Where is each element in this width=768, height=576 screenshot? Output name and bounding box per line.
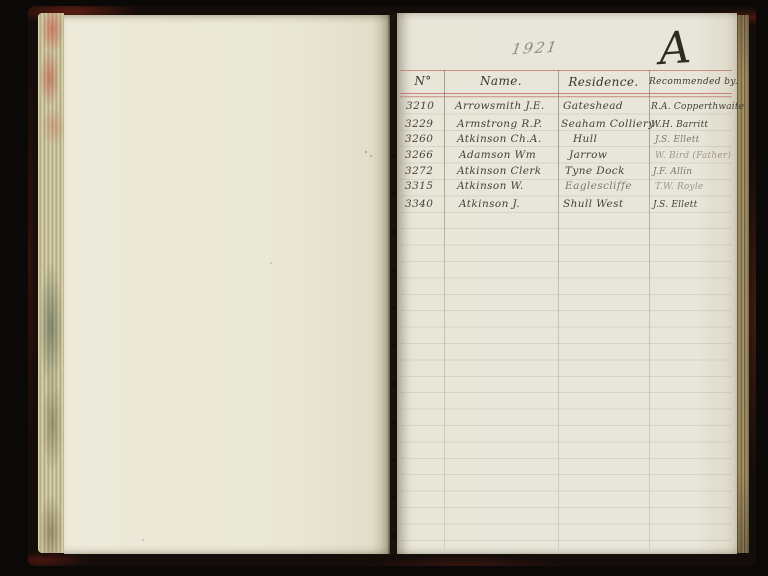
gutter-stitches <box>392 120 395 540</box>
column-divider-name-residence <box>558 70 559 550</box>
column-header-no: N° <box>405 74 441 88</box>
cell-no: 3272 <box>405 165 433 177</box>
page-fore-edge-right <box>736 15 749 553</box>
cell-name: Atkinson Ch.A. <box>457 133 542 145</box>
cell-recommended: R.A. Copperthwaite <box>651 102 744 112</box>
cell-recommended: J.F. Allin <box>653 167 692 177</box>
header-bottom-red-line-2 <box>400 96 732 97</box>
cell-residence: Gateshead <box>563 100 623 112</box>
cell-name: Atkinson J. <box>459 198 520 210</box>
year-heading: 1921 <box>503 37 566 58</box>
cell-residence: Shull West <box>563 198 624 210</box>
column-header-recommended-by: Recommended by. <box>649 77 735 87</box>
ink-speck <box>370 155 372 157</box>
cell-no: 3210 <box>406 100 434 112</box>
page-fore-edge-left <box>38 13 64 553</box>
cell-no: 3315 <box>405 180 433 192</box>
left-page-blank <box>64 15 390 554</box>
cell-name: Atkinson W. <box>457 180 524 192</box>
cell-no: 3260 <box>405 133 433 145</box>
cell-no: 3229 <box>405 118 433 130</box>
cell-name: Armstrong R.P. <box>457 118 542 130</box>
column-header-name: Name. <box>444 74 558 88</box>
cell-residence: Tyne Dock <box>565 165 625 177</box>
cell-recommended: T.W. Royle <box>655 182 703 192</box>
right-page-ledger: 1921 A N° Name. Residence. Recommended b… <box>397 13 737 554</box>
cell-recommended: W.H. Barritt <box>651 120 708 130</box>
cell-residence: Seaham Colliery <box>561 118 655 130</box>
cell-residence: Jarrow <box>569 149 607 161</box>
cell-no: 3266 <box>405 149 433 161</box>
cell-name: Atkinson Clerk <box>457 165 542 177</box>
column-divider-no-name <box>444 70 445 550</box>
column-divider-residence-recommended <box>649 70 650 550</box>
cell-name: Adamson Wm <box>459 149 536 161</box>
cell-residence: Hull <box>573 133 597 145</box>
cell-name: Arrowsmith J.E. <box>455 100 545 112</box>
cell-residence: Eaglescliffe <box>565 180 632 192</box>
cell-recommended: J.S. Ellett <box>653 200 697 210</box>
cell-recommended: W. Bird (Father) <box>655 151 731 161</box>
cell-recommended: J.S. Ellett <box>655 135 699 145</box>
header-bottom-red-line <box>400 93 732 94</box>
cell-no: 3340 <box>405 198 433 210</box>
ink-speck <box>365 151 367 153</box>
ink-speck <box>142 539 144 541</box>
column-header-residence: Residence. <box>558 75 649 89</box>
ink-speck <box>270 262 272 264</box>
index-letter-monogram: A <box>658 26 693 72</box>
